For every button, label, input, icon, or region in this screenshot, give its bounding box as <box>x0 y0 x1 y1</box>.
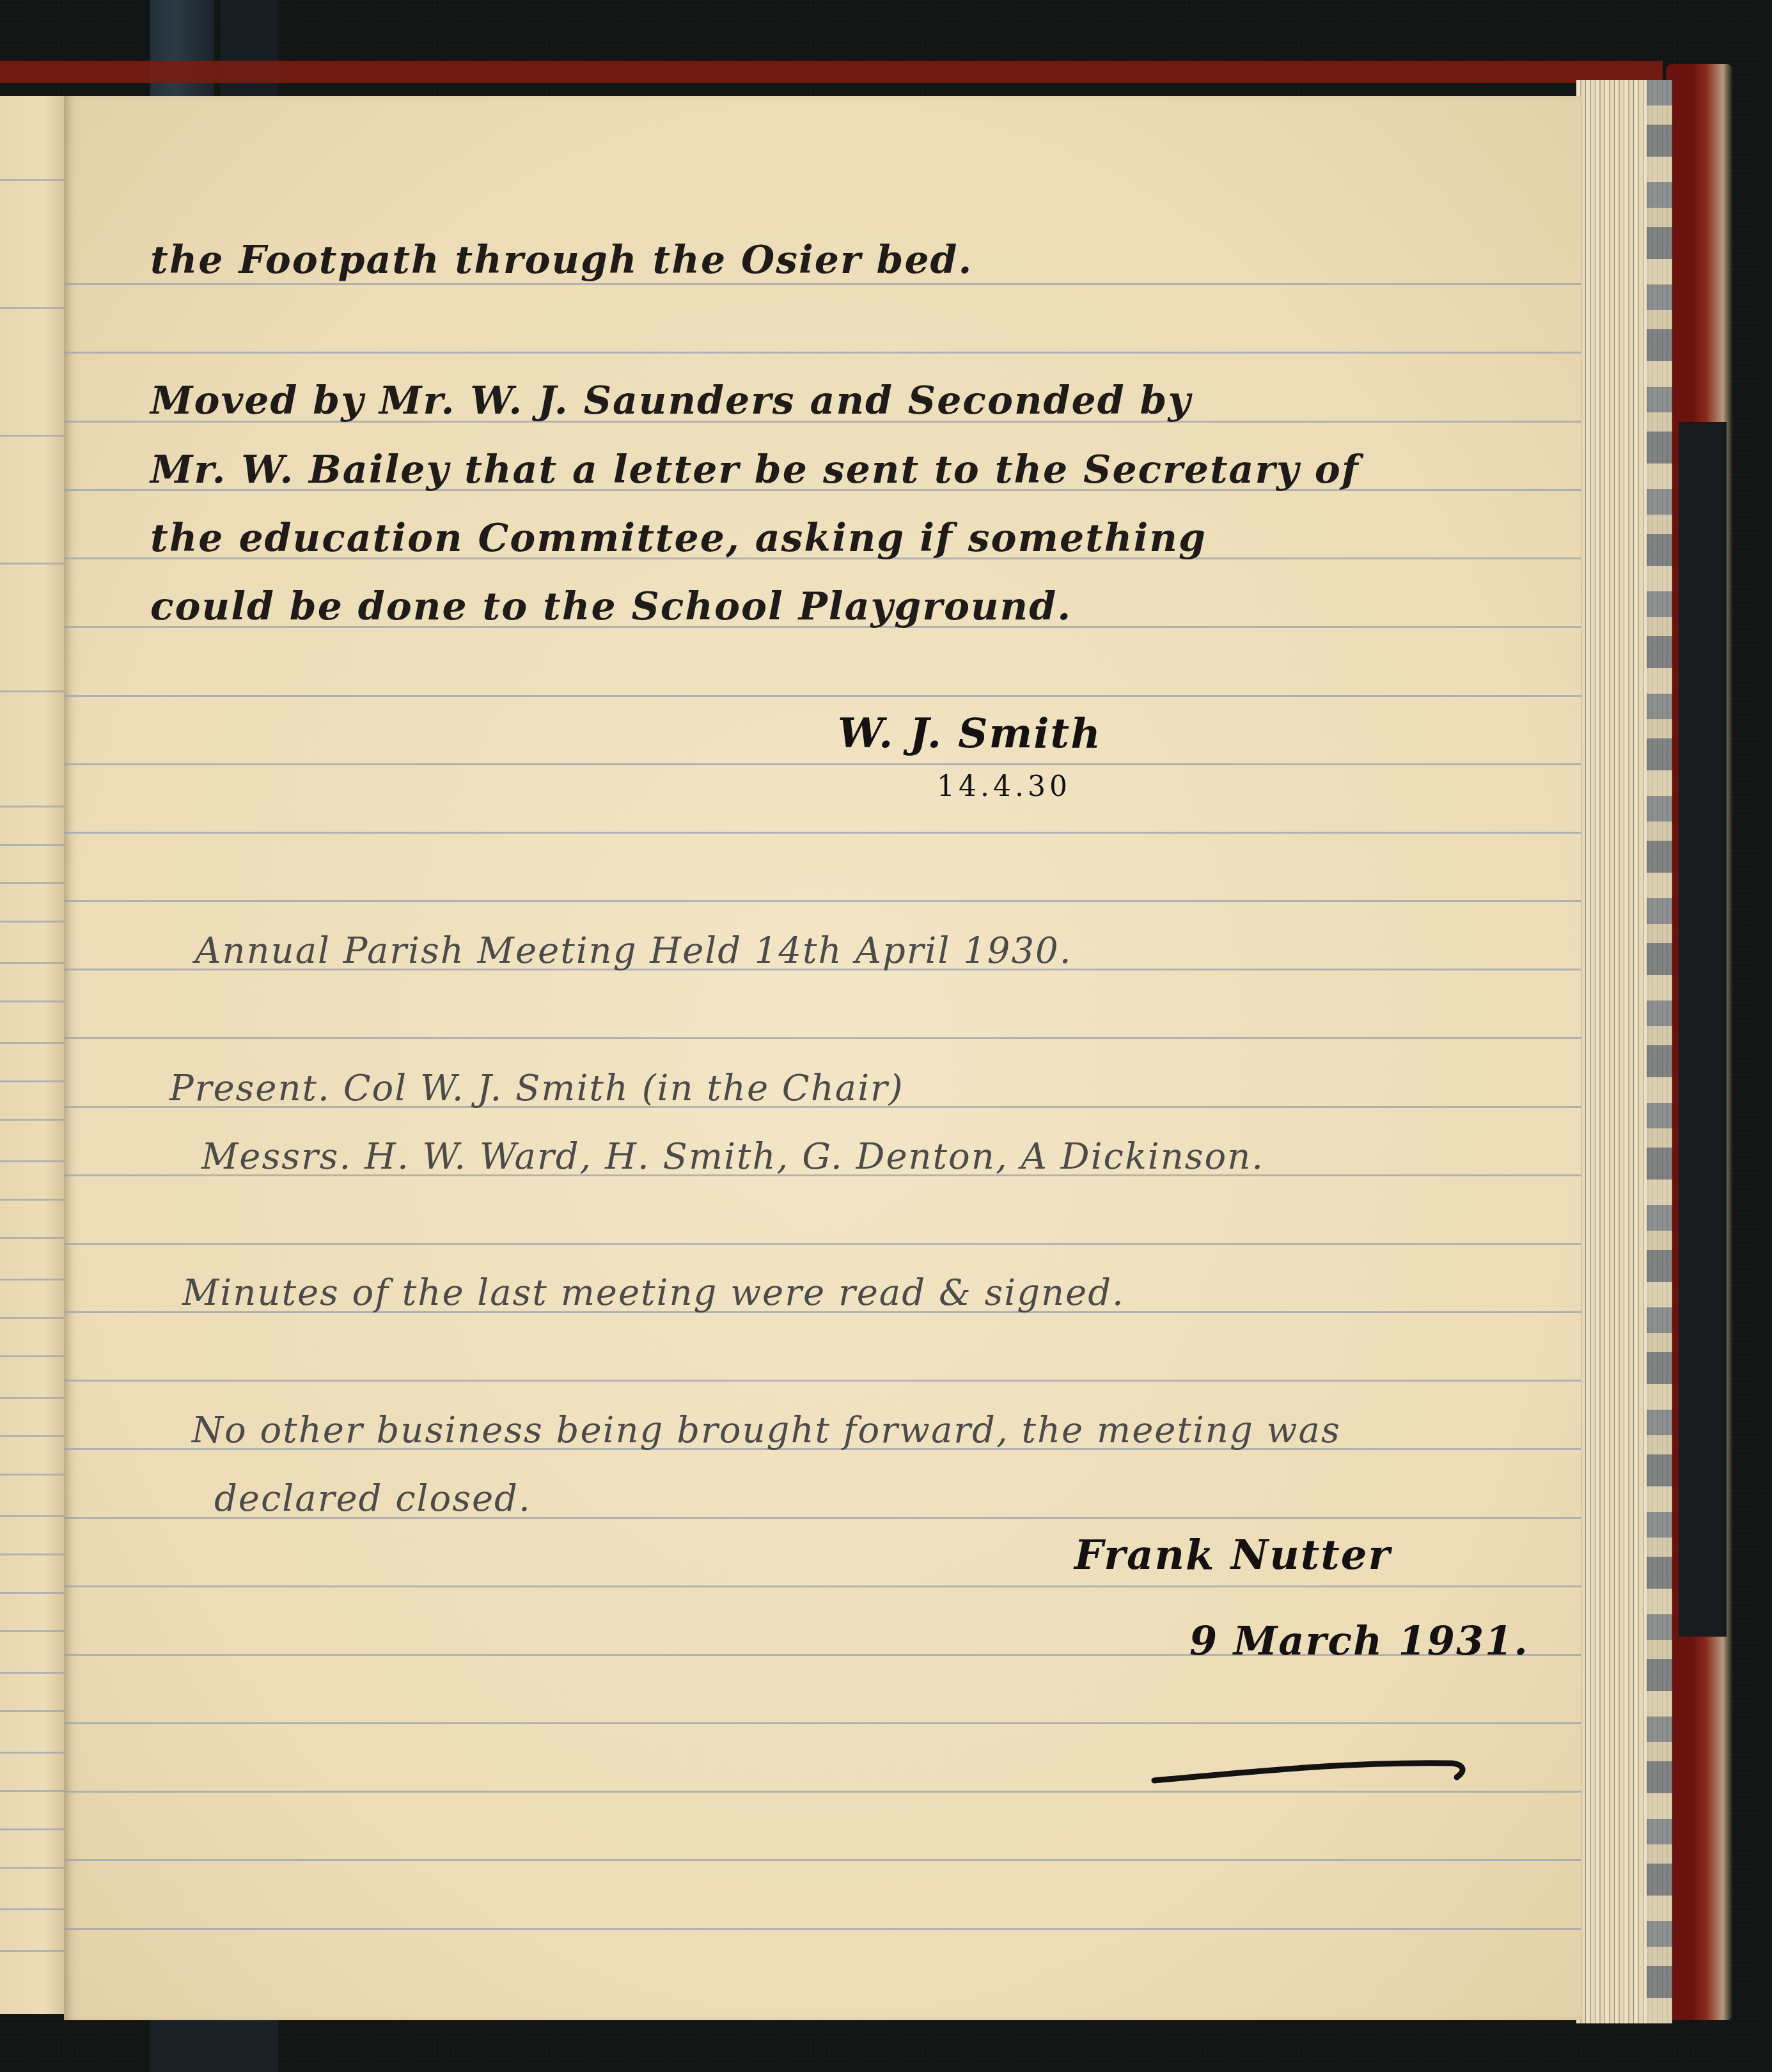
notebook-page: the Footpath through the Osier bed. Move… <box>64 96 1581 2020</box>
signature-nutter-date: 9 March 1931. <box>1189 1617 1529 1664</box>
cloth-spine <box>1679 422 1727 1637</box>
page-edges <box>1576 80 1672 2023</box>
annual-meeting-heading: Annual Parish Meeting Held 14th April 19… <box>195 930 1072 972</box>
signature-nutter: Frank Nutter <box>1074 1531 1391 1579</box>
closing-line-2: declared closed. <box>214 1478 531 1520</box>
signature-smith: W. J. Smith <box>838 710 1102 758</box>
entry-continuation-line: the Footpath through the Osier bed. <box>150 238 973 283</box>
closing-line-1: No other business being brought forward,… <box>192 1410 1341 1451</box>
present-line: Present. Col W. J. Smith (in the Chair) <box>169 1068 904 1109</box>
motion-line-1: Moved by Mr. W. J. Saunders and Seconded… <box>150 378 1191 423</box>
left-facing-page <box>0 96 64 2014</box>
minutes-read-line: Minutes of the last meeting were read & … <box>182 1272 1125 1314</box>
leather-cover-top-edge <box>0 45 1663 96</box>
book-board-strip <box>150 2020 278 2072</box>
signature-flourish-underline <box>1151 1752 1471 1790</box>
motion-line-4: could be done to the School Playground. <box>150 584 1072 629</box>
signature-smith-date: 14.4.30 <box>937 770 1071 803</box>
attendees-line: Messrs. H. W. Ward, H. Smith, G. Denton,… <box>201 1136 1264 1178</box>
motion-line-3: the education Committee, asking if somet… <box>150 516 1207 561</box>
motion-line-2: Mr. W. Bailey that a letter be sent to t… <box>150 448 1360 492</box>
